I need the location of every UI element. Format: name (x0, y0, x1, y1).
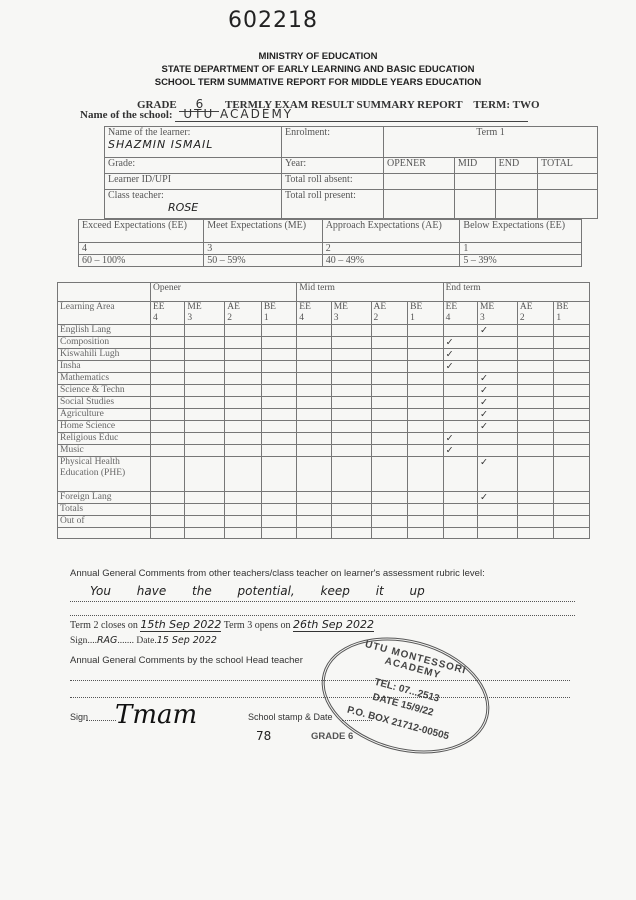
grade-cell (554, 504, 590, 516)
grade-cell (517, 337, 554, 349)
grade-cell (185, 325, 225, 337)
department-heading: STATE DEPARTMENT OF EARLY LEARNING AND B… (0, 64, 636, 75)
grade-cell (371, 528, 408, 539)
learner-name-cell: Name of the learner: SHAZMIN ISMAIL (105, 127, 282, 158)
grade-cell (151, 445, 185, 457)
grade-cell (477, 433, 517, 445)
grade-cell (517, 516, 554, 528)
teacher-sign-date: 15 Sep 2022 (157, 635, 217, 646)
grade-cell (443, 421, 477, 433)
learning-area: Composition (58, 337, 151, 349)
teacher-sign-line: Sign....RAG....... Date.15 Sep 2022 (70, 635, 217, 646)
reference-number: 602218 (228, 8, 318, 33)
grade-cell (554, 349, 590, 361)
grade-cell (297, 516, 331, 528)
grade-cell (261, 361, 296, 373)
grade-cell (477, 504, 517, 516)
grade-cell (371, 516, 408, 528)
enrolment-label: Enrolment: (282, 127, 384, 158)
grade-cell: ✓ (443, 433, 477, 445)
grade-cell (371, 409, 408, 421)
grade-cell: ✓ (443, 361, 477, 373)
grade-cell (225, 409, 262, 421)
teacher-sign: RAG (97, 635, 117, 646)
grade-cell (443, 492, 477, 504)
grade-cell (408, 504, 443, 516)
grid-row: Home Science✓ (58, 421, 590, 433)
grade-cell: ✓ (443, 337, 477, 349)
head-comments-label: Annual General Comments by the school He… (70, 655, 303, 666)
rubric-scale-table: Exceed Expectations (EE)Meet Expectation… (78, 219, 582, 267)
cell (495, 174, 538, 190)
learning-area: Foreign Lang (58, 492, 151, 504)
term-col-end: END (495, 158, 538, 174)
grade-cell (331, 492, 371, 504)
learning-area: Totals (58, 504, 151, 516)
grade-cell (297, 421, 331, 433)
grade-cell (408, 445, 443, 457)
grade-cell (331, 409, 371, 421)
grid-row: Agriculture✓ (58, 409, 590, 421)
grade-cell (185, 421, 225, 433)
grade-cell (517, 361, 554, 373)
grade-cell (261, 457, 296, 492)
level-header: EE4 (443, 302, 477, 325)
grade-cell (477, 528, 517, 539)
teacher-comment: You have the potential, keep it up (90, 584, 425, 598)
grade-cell (331, 373, 371, 385)
grade-cell (297, 385, 331, 397)
grade-cell (408, 325, 443, 337)
grade-cell (443, 397, 477, 409)
teacher-comments-label: Annual General Comments from other teach… (70, 568, 485, 579)
grade-cell (554, 397, 590, 409)
footer-grade: GRADE 6 (311, 731, 353, 742)
learning-area: Science & Techn (58, 385, 151, 397)
report-heading: SCHOOL TERM SUMMATIVE REPORT FOR MIDDLE … (0, 77, 636, 88)
term-col-total: TOTAL (538, 158, 598, 174)
head-signature: Tmam (115, 700, 197, 730)
term2-label: Term 2 closes on (70, 620, 138, 631)
grade-cell (443, 409, 477, 421)
grade-cell (225, 421, 262, 433)
scale-score: 4 (79, 243, 204, 255)
scale-score: 1 (460, 243, 582, 255)
grade-cell (261, 385, 296, 397)
cell (454, 190, 495, 219)
learning-area: Agriculture (58, 409, 151, 421)
grade-cell (371, 492, 408, 504)
grade-cell (185, 433, 225, 445)
grade-cell (225, 492, 262, 504)
grade-cell: ✓ (477, 457, 517, 492)
grade-cell (185, 373, 225, 385)
scale-score: 2 (322, 243, 460, 255)
level-header: ME3 (477, 302, 517, 325)
learner-id-label: Learner ID/UPI (105, 174, 282, 190)
grade-cell (371, 445, 408, 457)
grade-cell (443, 385, 477, 397)
grid-section-1: Mid term (297, 283, 443, 302)
grade-cell (371, 397, 408, 409)
grade-cell (554, 421, 590, 433)
scale-label: Approach Expectations (AE) (322, 220, 460, 243)
learning-area: Home Science (58, 421, 151, 433)
grade-cell (297, 397, 331, 409)
grade-cell (554, 385, 590, 397)
class-teacher-label: Class teacher: (108, 190, 278, 201)
level-header: AE2 (371, 302, 408, 325)
grade-cell (517, 325, 554, 337)
grade-cell (408, 337, 443, 349)
grade-cell (185, 337, 225, 349)
grade-cell (554, 457, 590, 492)
grade-cell (261, 528, 296, 539)
learning-area (58, 528, 151, 539)
grade-cell (517, 409, 554, 421)
grade-cell (408, 433, 443, 445)
grade-cell (261, 349, 296, 361)
grade-cell (151, 397, 185, 409)
grade-cell (443, 373, 477, 385)
grade-cell (371, 421, 408, 433)
grade-cell (408, 516, 443, 528)
grade-cell (331, 361, 371, 373)
grade-cell (297, 337, 331, 349)
grade-cell (443, 325, 477, 337)
cell (384, 174, 455, 190)
grade-cell (517, 421, 554, 433)
grid-row: Mathematics✓ (58, 373, 590, 385)
grade-cell (477, 516, 517, 528)
level-header: EE4 (297, 302, 331, 325)
grade-cell (297, 433, 331, 445)
school-value: UTU ACADEMY (175, 107, 528, 122)
ministry-heading: MINISTRY OF EDUCATION (0, 51, 636, 62)
class-teacher-cell: Class teacher: ROSE (105, 190, 282, 219)
grade-cell (225, 397, 262, 409)
grade-cell (297, 504, 331, 516)
learning-area: Out of (58, 516, 151, 528)
grade-cell: ✓ (477, 325, 517, 337)
grade-cell (225, 385, 262, 397)
grade-cell (331, 445, 371, 457)
grade-cell (331, 433, 371, 445)
grade-cell (151, 516, 185, 528)
learning-area: English Lang (58, 325, 151, 337)
grade-cell (443, 457, 477, 492)
learner-info-table: Name of the learner: SHAZMIN ISMAIL Enro… (104, 126, 598, 219)
grade-cell (151, 385, 185, 397)
grade-cell (185, 516, 225, 528)
grade-cell (517, 492, 554, 504)
grade-cell (261, 325, 296, 337)
cell (384, 190, 455, 219)
learning-area: Insha (58, 361, 151, 373)
footer-number: 78 (256, 729, 271, 743)
grade-field-label: Grade: (105, 158, 282, 174)
grade-cell (225, 504, 262, 516)
grid-row: Music✓ (58, 445, 590, 457)
term3-open-date: 26th Sep 2022 (293, 618, 374, 632)
grade-cell (554, 361, 590, 373)
grade-cell (151, 361, 185, 373)
grade-cell (371, 457, 408, 492)
grade-cell (225, 349, 262, 361)
grade-cell: ✓ (477, 385, 517, 397)
year-label: Year: (282, 158, 384, 174)
date-label: Date (136, 636, 154, 646)
level-header: BE1 (554, 302, 590, 325)
grade-cell (185, 504, 225, 516)
grade-cell (517, 445, 554, 457)
grade-cell (261, 516, 296, 528)
grid-row: Composition✓ (58, 337, 590, 349)
grade-cell (477, 349, 517, 361)
grid-row: Insha✓ (58, 361, 590, 373)
cell (454, 174, 495, 190)
grade-cell (517, 433, 554, 445)
grade-cell (261, 409, 296, 421)
grid-section-0: Opener (151, 283, 297, 302)
grade-cell (261, 373, 296, 385)
grade-cell: ✓ (477, 373, 517, 385)
learning-area: Physical Health Education (PHE) (58, 457, 151, 492)
learning-area: Mathematics (58, 373, 151, 385)
grade-cell (408, 528, 443, 539)
term-dates-line: Term 2 closes on 15th Sep 2022 Term 3 op… (70, 618, 374, 631)
grade-cell (225, 433, 262, 445)
term1-header: Term 1 (384, 127, 598, 158)
grade-cell (554, 516, 590, 528)
grade-cell (151, 421, 185, 433)
stamp-school-name: UTU MONTESSORI ACADEMY (332, 631, 497, 695)
grade-cell (261, 337, 296, 349)
grade-cell (185, 528, 225, 539)
grade-cell (477, 445, 517, 457)
grid-row: Science & Techn✓ (58, 385, 590, 397)
grade-cell: ✓ (477, 409, 517, 421)
grade-cell: ✓ (443, 445, 477, 457)
grid-corner (58, 283, 151, 302)
cell (538, 190, 598, 219)
grade-cell (151, 492, 185, 504)
grade-cell (331, 397, 371, 409)
grade-cell (371, 373, 408, 385)
grade-cell (297, 492, 331, 504)
grade-cell (408, 385, 443, 397)
scale-score: 3 (204, 243, 322, 255)
grade-cell (517, 349, 554, 361)
grade-cell (371, 349, 408, 361)
grade-cell (517, 528, 554, 539)
grade-cell (517, 504, 554, 516)
grade-cell (151, 528, 185, 539)
grade-cell (185, 445, 225, 457)
grade-cell (225, 373, 262, 385)
grade-cell (554, 445, 590, 457)
learner-name-value: SHAZMIN ISMAIL (108, 138, 278, 151)
grade-cell (371, 433, 408, 445)
grade-cell (261, 445, 296, 457)
grade-cell (225, 361, 262, 373)
grid-row: Social Studies✓ (58, 397, 590, 409)
grade-cell (185, 492, 225, 504)
learning-area: Kiswahili Lugh (58, 349, 151, 361)
grid-row: Kiswahili Lugh✓ (58, 349, 590, 361)
grade-cell: ✓ (477, 492, 517, 504)
grade-cell (261, 433, 296, 445)
grade-cell (517, 457, 554, 492)
grade-cell (408, 492, 443, 504)
grade-cell (443, 516, 477, 528)
school-stamp: UTU MONTESSORI ACADEMY TEL: 07...2513 DA… (309, 620, 503, 771)
school-line: Name of the school: UTU ACADEMY (80, 107, 528, 122)
grade-cell (408, 361, 443, 373)
grade-cell (554, 528, 590, 539)
grade-cell (554, 325, 590, 337)
class-teacher-value: ROSE (108, 201, 278, 214)
cell (495, 190, 538, 219)
school-label: Name of the school: (80, 109, 173, 121)
grade-cell (225, 457, 262, 492)
grade-cell (297, 349, 331, 361)
grade-cell (297, 457, 331, 492)
grade-cell (408, 421, 443, 433)
grade-cell (151, 373, 185, 385)
level-header: EE4 (151, 302, 185, 325)
assessment-grid: OpenerMid termEnd termLearning AreaEE4ME… (57, 282, 590, 539)
grade-cell (371, 325, 408, 337)
grid-row: Totals (58, 504, 590, 516)
term-col-opener: OPENER (384, 158, 455, 174)
grade-cell (517, 385, 554, 397)
grid-row: Foreign Lang✓ (58, 492, 590, 504)
roll-absent-label: Total roll absent: (282, 174, 384, 190)
grid-row: Physical Health Education (PHE)✓ (58, 457, 590, 492)
grade-cell (408, 349, 443, 361)
grade-cell (443, 504, 477, 516)
grade-cell (371, 504, 408, 516)
grade-cell (151, 433, 185, 445)
grade-cell (408, 397, 443, 409)
level-header: ME3 (331, 302, 371, 325)
grade-cell (331, 421, 371, 433)
level-header: AE2 (517, 302, 554, 325)
grade-cell (477, 361, 517, 373)
level-header: AE2 (225, 302, 262, 325)
grade-cell (185, 361, 225, 373)
grade-cell (331, 516, 371, 528)
grade-cell (331, 504, 371, 516)
grade-cell (151, 349, 185, 361)
grade-cell (225, 325, 262, 337)
grade-cell (331, 337, 371, 349)
grade-cell (185, 397, 225, 409)
learning-area: Social Studies (58, 397, 151, 409)
grade-cell (371, 337, 408, 349)
grade-cell (151, 337, 185, 349)
grade-cell (408, 409, 443, 421)
grade-cell (371, 385, 408, 397)
grade-cell (225, 528, 262, 539)
level-header: BE1 (261, 302, 296, 325)
grade-cell (517, 397, 554, 409)
grade-cell (408, 457, 443, 492)
scale-range: 60 – 100% (79, 255, 204, 267)
grade-cell (554, 409, 590, 421)
grade-cell (185, 349, 225, 361)
grid-row: Out of (58, 516, 590, 528)
grade-cell (554, 373, 590, 385)
grade-cell (151, 409, 185, 421)
grade-cell (331, 385, 371, 397)
grade-cell (443, 528, 477, 539)
learning-area: Music (58, 445, 151, 457)
grade-cell (517, 373, 554, 385)
level-header: ME3 (185, 302, 225, 325)
term2-close-date: 15th Sep 2022 (140, 618, 221, 632)
grade-cell (297, 409, 331, 421)
grade-cell: ✓ (443, 349, 477, 361)
stamp-date-label: School stamp & Date (248, 712, 333, 722)
grade-cell (371, 361, 408, 373)
level-header: BE1 (408, 302, 443, 325)
sign-label: Sign (70, 636, 87, 646)
scale-label: Meet Expectations (ME) (204, 220, 322, 243)
term3-label: Term 3 opens on (224, 620, 291, 631)
scale-range: 40 – 49% (322, 255, 460, 267)
grade-cell (185, 409, 225, 421)
grade-cell (151, 504, 185, 516)
grid-row: English Lang✓ (58, 325, 590, 337)
grade-cell (225, 516, 262, 528)
grade-cell (331, 528, 371, 539)
grade-cell (297, 445, 331, 457)
learner-name-label: Name of the learner: (108, 127, 278, 138)
grade-cell (185, 457, 225, 492)
grade-cell (554, 337, 590, 349)
roll-present-label: Total roll present: (282, 190, 384, 219)
grade-cell (331, 325, 371, 337)
grid-row: Religious Educ✓ (58, 433, 590, 445)
grade-cell (331, 457, 371, 492)
learning-area-header: Learning Area (58, 302, 151, 325)
grade-cell (297, 373, 331, 385)
grade-cell (185, 385, 225, 397)
scale-label: Below Expectations (EE) (460, 220, 582, 243)
grade-cell (408, 373, 443, 385)
grade-cell (151, 457, 185, 492)
grade-cell (297, 325, 331, 337)
grid-row (58, 528, 590, 539)
grid-section-2: End term (443, 283, 589, 302)
grade-cell (151, 325, 185, 337)
grade-cell (225, 445, 262, 457)
grade-cell (261, 421, 296, 433)
term-col-mid: MID (454, 158, 495, 174)
grade-cell (297, 361, 331, 373)
grade-cell (554, 492, 590, 504)
scale-range: 50 – 59% (204, 255, 322, 267)
grade-cell (261, 504, 296, 516)
grade-cell (331, 349, 371, 361)
grade-cell (477, 337, 517, 349)
cell (538, 174, 598, 190)
grade-cell (261, 492, 296, 504)
grade-cell (225, 337, 262, 349)
grade-cell (554, 433, 590, 445)
